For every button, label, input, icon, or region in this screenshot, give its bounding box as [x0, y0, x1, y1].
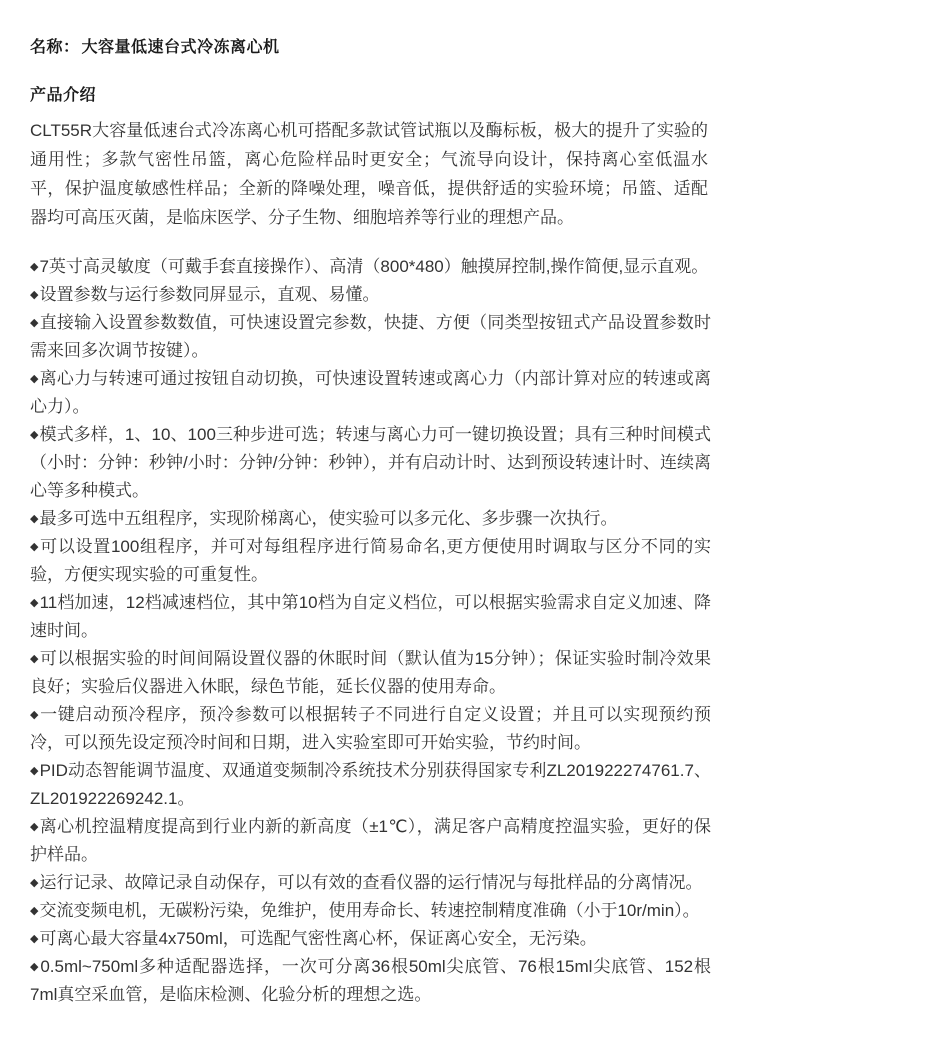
- feature-item: ◆模式多样，1、10、100三种步进可选；转速与离心力可一键切换设置；具有三种时…: [30, 421, 711, 505]
- feature-item: ◆离心力与转速可通过按钮自动切换，可快速设置转速或离心力（内部计算对应的转速或离…: [30, 365, 711, 421]
- bullet-diamond-icon: ◆: [30, 429, 39, 441]
- intro-paragraph: CLT55R大容量低速台式冷冻离心机可搭配多款试管试瓶以及酶标板，极大的提升了实…: [30, 116, 708, 232]
- product-description-document: 名称：大容量低速台式冷冻离心机 产品介绍 CLT55R大容量低速台式冷冻离心机可…: [0, 0, 716, 1009]
- feature-item: ◆PID动态智能调节温度、双通道变频制冷系统技术分别获得国家专利ZL201922…: [30, 757, 711, 813]
- feature-item: ◆设置参数与运行参数同屏显示，直观、易懂。: [30, 281, 711, 309]
- feature-text: 最多可选中五组程序，实现阶梯离心，使实验可以多元化、多步骤一次执行。: [39, 509, 617, 528]
- feature-text: 0.5ml~750ml多种适配器选择，一次可分离36根50ml尖底管、76根15…: [30, 957, 711, 1004]
- bullet-diamond-icon: ◆: [30, 933, 38, 945]
- bullet-diamond-icon: ◆: [30, 653, 39, 665]
- feature-text: 可离心最大容量4x750ml，可选配气密性离心杯，保证离心安全，无污染。: [39, 929, 596, 948]
- feature-text: 离心机控温精度提高到行业内新的新高度（±1℃），满足客户高精度控温实验，更好的保…: [30, 817, 711, 864]
- feature-text: 直接输入设置参数数值，可快速设置完参数，快捷、方便（同类型按钮式产品设置参数时需…: [30, 313, 711, 360]
- feature-text: 一键启动预冷程序，预冷参数可以根据转子不同进行自定义设置；并且可以实现预约预冷，…: [30, 705, 711, 752]
- bullet-diamond-icon: ◆: [30, 261, 38, 273]
- feature-text: PID动态智能调节温度、双通道变频制冷系统技术分别获得国家专利ZL2019222…: [30, 761, 711, 808]
- feature-item: ◆0.5ml~750ml多种适配器选择，一次可分离36根50ml尖底管、76根1…: [30, 953, 711, 1009]
- bullet-diamond-icon: ◆: [30, 821, 39, 833]
- feature-item: ◆一键启动预冷程序，预冷参数可以根据转子不同进行自定义设置；并且可以实现预约预冷…: [30, 701, 711, 757]
- feature-list: ◆7英寸高灵敏度（可戴手套直接操作）、高清（800*480）触摸屏控制,操作简便…: [30, 253, 711, 1009]
- bullet-diamond-icon: ◆: [30, 373, 39, 385]
- feature-item: ◆可离心最大容量4x750ml，可选配气密性离心杯，保证离心安全，无污染。: [30, 925, 711, 953]
- product-name: 大容量低速台式冷冻离心机: [82, 39, 280, 56]
- feature-text: 可以根据实验的时间间隔设置仪器的休眠时间（默认值为15分钟）；保证实验时制冷效果…: [30, 649, 711, 696]
- feature-item: ◆运行记录、故障记录自动保存，可以有效的查看仪器的运行情况与每批样品的分离情况。: [30, 869, 711, 897]
- feature-text: 离心力与转速可通过按钮自动切换，可快速设置转速或离心力（内部计算对应的转速或离心…: [30, 369, 711, 416]
- bullet-diamond-icon: ◆: [30, 765, 39, 777]
- product-name-label: 名称：: [30, 39, 80, 56]
- bullet-diamond-icon: ◆: [30, 961, 39, 973]
- feature-text: 设置参数与运行参数同屏显示，直观、易懂。: [39, 285, 379, 304]
- bullet-diamond-icon: ◆: [30, 317, 39, 329]
- feature-item: ◆11档加速，12档减速档位，其中第10档为自定义档位，可以根据实验需求自定义加…: [30, 589, 711, 645]
- feature-item: ◆离心机控温精度提高到行业内新的新高度（±1℃），满足客户高精度控温实验，更好的…: [30, 813, 711, 869]
- feature-item: ◆7英寸高灵敏度（可戴手套直接操作）、高清（800*480）触摸屏控制,操作简便…: [30, 253, 711, 281]
- feature-text: 模式多样，1、10、100三种步进可选；转速与离心力可一键切换设置；具有三种时间…: [30, 425, 711, 500]
- bullet-diamond-icon: ◆: [30, 709, 39, 721]
- bullet-diamond-icon: ◆: [30, 597, 39, 609]
- feature-text: 交流变频电机，无碳粉污染，免维护，使用寿命长、转速控制精度准确（小于10r/mi…: [39, 901, 699, 920]
- feature-item: ◆可以设置100组程序，并可对每组程序进行简易命名,更方便使用时调取与区分不同的…: [30, 533, 711, 589]
- section-heading: 产品介绍: [30, 86, 716, 106]
- feature-item: ◆交流变频电机，无碳粉污染，免维护，使用寿命长、转速控制精度准确（小于10r/m…: [30, 897, 711, 925]
- feature-text: 可以设置100组程序，并可对每组程序进行简易命名,更方便使用时调取与区分不同的实…: [30, 537, 711, 584]
- bullet-diamond-icon: ◆: [30, 541, 39, 553]
- page-title: 名称：大容量低速台式冷冻离心机: [30, 38, 716, 58]
- feature-item: ◆最多可选中五组程序，实现阶梯离心，使实验可以多元化、多步骤一次执行。: [30, 505, 711, 533]
- feature-text: 11档加速，12档减速档位，其中第10档为自定义档位，可以根据实验需求自定义加速…: [30, 593, 711, 640]
- bullet-diamond-icon: ◆: [30, 905, 38, 917]
- bullet-diamond-icon: ◆: [30, 289, 38, 301]
- feature-item: ◆直接输入设置参数数值，可快速设置完参数，快捷、方便（同类型按钮式产品设置参数时…: [30, 309, 711, 365]
- feature-item: ◆可以根据实验的时间间隔设置仪器的休眠时间（默认值为15分钟）；保证实验时制冷效…: [30, 645, 711, 701]
- feature-text: 运行记录、故障记录自动保存，可以有效的查看仪器的运行情况与每批样品的分离情况。: [39, 873, 702, 892]
- feature-text: 7英寸高灵敏度（可戴手套直接操作）、高清（800*480）触摸屏控制,操作简便,…: [39, 257, 708, 276]
- bullet-diamond-icon: ◆: [30, 877, 38, 889]
- bullet-diamond-icon: ◆: [30, 513, 38, 525]
